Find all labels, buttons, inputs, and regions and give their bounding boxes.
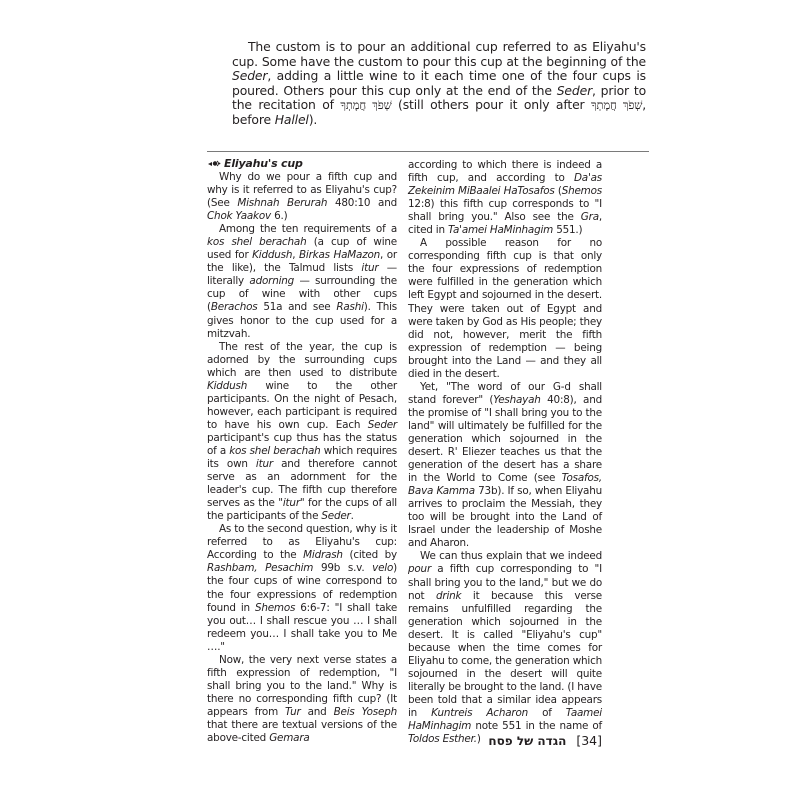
italic-term: Gemara xyxy=(269,732,309,744)
italic-term: Midrash xyxy=(303,549,343,561)
hebrew-phrase: שְׁפֹךְ חֲמָתְךָ xyxy=(340,98,391,112)
italic-term: Ta'amei HaMinhagim xyxy=(448,224,553,236)
text-run: 12:8) this fifth cup corresponds to "I s… xyxy=(408,198,602,223)
italic-term: Birkas HaMazon xyxy=(299,249,380,261)
text-run: according to which there is indeed a fif… xyxy=(408,159,602,184)
body-paragraph: The rest of the year, the cup is adorned… xyxy=(207,341,397,524)
text-run: We can thus explain that we indeed xyxy=(420,550,602,562)
text-run: 6.) xyxy=(271,210,287,222)
italic-term: Kiddush xyxy=(252,249,292,261)
fleuron-ornament-icon xyxy=(207,159,221,168)
right-column: according to which there is indeed a fif… xyxy=(408,159,602,746)
body-paragraph: Why do we pour a fifth cup and why is it… xyxy=(207,171,397,223)
italic-term: Kiddush xyxy=(207,380,247,392)
italic-term: Rashi xyxy=(336,301,363,313)
italic-term: drink xyxy=(436,590,461,602)
book-page: The custom is to pour an additional cup … xyxy=(0,0,800,800)
italic-term: kos shel berachah xyxy=(207,236,306,248)
text-run: (cited by xyxy=(343,549,397,561)
italic-term: Tur xyxy=(285,706,301,718)
body-paragraph: Yet, "The word of our G-d shall stand fo… xyxy=(408,381,602,551)
italic-term: Seder xyxy=(368,419,397,431)
text-run: ( xyxy=(555,185,562,197)
text-run: Among the ten requirements of a xyxy=(219,223,397,235)
body-paragraph: according to which there is indeed a fif… xyxy=(408,159,602,237)
text-run: . xyxy=(351,510,354,522)
italic-term: Seder xyxy=(321,510,350,522)
text-run: ). xyxy=(309,112,317,127)
section-divider xyxy=(207,151,649,152)
text-run: 480:10 and xyxy=(327,197,397,209)
text-run: , xyxy=(292,249,299,261)
italic-term: velo xyxy=(372,562,393,574)
body-paragraph: A possible reason for no corresponding f… xyxy=(408,237,602,381)
italic-term: itur xyxy=(283,497,300,509)
italic-term: Shemos xyxy=(255,602,295,614)
text-run: The custom is to pour an additional cup … xyxy=(232,39,646,69)
italic-term: adorning xyxy=(249,275,294,287)
italic-term: kos shel berachah xyxy=(229,445,320,457)
page-footer: הגדה של פסח [34] xyxy=(458,733,602,748)
italic-term: itur xyxy=(361,262,378,274)
text-run: A possible reason for no corresponding f… xyxy=(408,237,602,379)
intro-paragraph: The custom is to pour an additional cup … xyxy=(232,40,646,128)
italic-term: Berachos xyxy=(211,301,258,313)
italic-term: Gra xyxy=(581,211,599,223)
italic-term: Beis Yoseph xyxy=(334,706,397,718)
italic-term: Shemos xyxy=(562,185,602,197)
hebrew-phrase: שְׁפֹךְ חֲמָתְךָ xyxy=(591,98,642,112)
section-heading: Eliyahu's cup xyxy=(207,157,397,170)
body-paragraph: Among the ten requirements of a kos shel… xyxy=(207,223,397,340)
body-paragraph: Now, the very next verse states a fifth … xyxy=(207,654,397,745)
text-run: 40:8), and the promise of "I shall bring… xyxy=(408,394,602,484)
text-run: of xyxy=(528,707,566,719)
text-run: 551.) xyxy=(553,224,582,236)
body-paragraph: We can thus explain that we indeed pour … xyxy=(408,550,602,746)
text-run: 51a and see xyxy=(258,301,337,313)
body-paragraph: As to the second question, why is it ref… xyxy=(207,523,397,653)
italic-term: Yeshayah xyxy=(493,394,540,406)
italic-term: Chok Yaakov xyxy=(207,210,271,222)
text-run: and xyxy=(301,706,334,718)
text-run: The rest of the year, the cup is adorned… xyxy=(207,341,397,379)
text-run: it because this verse remains unfulfille… xyxy=(408,590,602,719)
italic-term: Rashbam, Pesachim xyxy=(207,562,313,574)
italic-term: Seder xyxy=(557,83,592,98)
italic-term: itur xyxy=(256,458,273,470)
italic-term: Seder xyxy=(232,68,267,83)
italic-term: Hallel xyxy=(275,112,309,127)
text-run: (still others pour it only after xyxy=(392,97,591,112)
text-run: 99b s.v. xyxy=(313,562,372,574)
text-run: note 551 in the name of xyxy=(471,720,602,732)
book-title-hebrew: הגדה של פסח xyxy=(488,734,566,748)
italic-term: Mishnah Berurah xyxy=(237,197,327,209)
italic-term: Kuntreis Acharon xyxy=(431,707,528,719)
page-number: [34] xyxy=(576,733,602,748)
section-heading-text: Eliyahu's cup xyxy=(224,157,303,170)
italic-term: pour xyxy=(408,563,431,575)
left-column: Eliyahu's cup Why do we pour a fifth cup… xyxy=(207,157,397,745)
